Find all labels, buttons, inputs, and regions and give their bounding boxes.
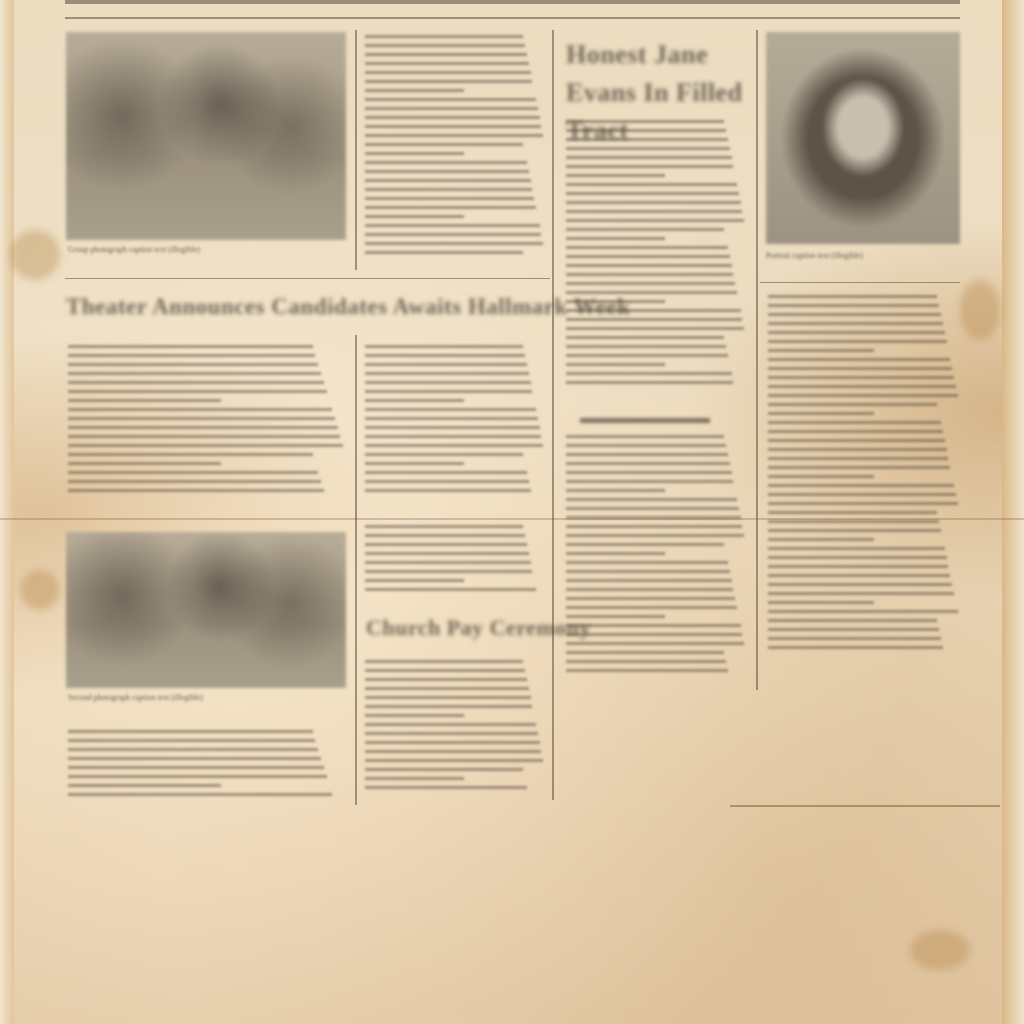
- text-line: [365, 723, 536, 726]
- text-line: [365, 170, 529, 173]
- text-line: [768, 358, 950, 361]
- text-line: [768, 601, 874, 604]
- text-line: [566, 516, 741, 519]
- text-line: [365, 687, 529, 690]
- text-line: [68, 766, 324, 769]
- text-line: [768, 376, 954, 379]
- text-line: [768, 322, 943, 325]
- text-line: [68, 793, 332, 796]
- text-line: [566, 237, 665, 240]
- text-line: [768, 421, 941, 424]
- text-line: [365, 525, 523, 528]
- text-line: [566, 660, 726, 663]
- text-line: [365, 224, 540, 227]
- text-line: [768, 466, 950, 469]
- text-line: [68, 426, 338, 429]
- text-line: [566, 363, 665, 366]
- text-line: [365, 678, 527, 681]
- text-line: [365, 381, 531, 384]
- text-line: [566, 291, 737, 294]
- text-line: [68, 784, 221, 787]
- article-body-text: [566, 435, 746, 678]
- article-body-text: [566, 120, 746, 390]
- text-line: [768, 646, 943, 649]
- text-line: [68, 730, 313, 733]
- text-line: [768, 529, 941, 532]
- paper-left-edge: [0, 0, 14, 1024]
- text-line: [365, 759, 543, 762]
- text-line: [768, 628, 939, 631]
- text-line: [768, 565, 948, 568]
- article-body-text: [68, 345, 346, 498]
- column-rule: [355, 30, 357, 270]
- text-line: [566, 615, 665, 618]
- stain: [20, 570, 60, 610]
- text-line: [768, 313, 941, 316]
- text-line: [365, 408, 536, 411]
- text-line: [768, 475, 874, 478]
- text-line: [365, 152, 464, 155]
- text-line: [768, 367, 952, 370]
- text-line: [768, 385, 956, 388]
- text-line: [68, 480, 321, 483]
- text-line: [566, 624, 741, 627]
- text-line: [365, 732, 538, 735]
- text-line: [566, 246, 728, 249]
- text-line: [365, 233, 541, 236]
- text-line: [768, 574, 950, 577]
- text-line: [768, 619, 937, 622]
- text-line: [566, 273, 733, 276]
- text-line: [566, 345, 726, 348]
- text-line: [566, 318, 742, 321]
- text-line: [365, 777, 464, 780]
- text-line: [566, 642, 744, 645]
- text-line: [768, 511, 937, 514]
- text-line: [365, 44, 525, 47]
- text-line: [566, 552, 665, 555]
- text-line: [68, 363, 318, 366]
- text-line: [566, 435, 724, 438]
- section-rule: [760, 282, 960, 283]
- text-line: [768, 592, 954, 595]
- portrait-caption: Portrait caption text (illegible): [766, 250, 960, 261]
- text-line: [566, 255, 730, 258]
- text-line: [365, 552, 529, 555]
- masthead-rule: [65, 0, 960, 4]
- text-line: [365, 714, 464, 717]
- text-line: [68, 381, 324, 384]
- text-line: [566, 606, 737, 609]
- text-line: [566, 264, 732, 267]
- text-line: [566, 201, 741, 204]
- text-line: [365, 579, 464, 582]
- text-line: [566, 381, 733, 384]
- text-line: [68, 471, 318, 474]
- text-line: [566, 561, 728, 564]
- text-line: [365, 363, 527, 366]
- text-line: [365, 453, 523, 456]
- group-photo-caption: Group photograph caption text (illegible…: [68, 244, 348, 255]
- text-line: [566, 507, 739, 510]
- text-line: [768, 394, 958, 397]
- text-line: [365, 570, 532, 573]
- text-line: [768, 430, 943, 433]
- text-line: [566, 597, 735, 600]
- text-line: [768, 403, 937, 406]
- second-photo-caption: Second photograph caption text (illegibl…: [68, 692, 348, 703]
- text-line: [365, 197, 534, 200]
- text-line: [365, 588, 536, 591]
- article-body-text: [768, 295, 960, 655]
- text-line: [365, 354, 525, 357]
- text-line: [768, 538, 874, 541]
- text-line: [566, 372, 732, 375]
- article-body-text: [365, 660, 545, 795]
- text-line: [566, 192, 739, 195]
- text-line: [566, 588, 733, 591]
- text-line: [365, 35, 523, 38]
- text-line: [365, 660, 523, 663]
- text-line: [566, 579, 732, 582]
- column-rule: [552, 30, 554, 800]
- text-line: [566, 174, 665, 177]
- text-line: [566, 147, 730, 150]
- text-line: [768, 295, 937, 298]
- text-line: [365, 71, 531, 74]
- text-line: [566, 471, 732, 474]
- text-line: [68, 345, 313, 348]
- text-line: [68, 757, 321, 760]
- text-line: [365, 543, 527, 546]
- text-line: [365, 426, 540, 429]
- text-line: [365, 534, 525, 537]
- text-line: [365, 98, 536, 101]
- text-line: [365, 471, 527, 474]
- text-line: [365, 768, 523, 771]
- text-line: [365, 161, 527, 164]
- text-line: [566, 534, 744, 537]
- text-line: [68, 435, 340, 438]
- text-line: [566, 453, 728, 456]
- text-line: [68, 399, 221, 402]
- text-line: [768, 583, 952, 586]
- text-line: [365, 372, 529, 375]
- text-line: [566, 633, 742, 636]
- text-line: [365, 561, 531, 564]
- text-line: [365, 215, 464, 218]
- masthead-rule: [65, 17, 960, 19]
- text-line: [365, 80, 532, 83]
- column-rule: [756, 30, 758, 690]
- text-line: [365, 134, 543, 137]
- text-line: [365, 786, 527, 789]
- text-line: [68, 739, 315, 742]
- text-line: [768, 304, 939, 307]
- text-line: [566, 120, 724, 123]
- section-rule: [65, 278, 550, 279]
- text-line: [566, 444, 726, 447]
- text-line: [365, 399, 464, 402]
- text-line: [768, 439, 945, 442]
- text-line: [566, 336, 724, 339]
- text-line: [768, 412, 874, 415]
- text-line: [768, 547, 945, 550]
- tear-line: [730, 805, 1000, 807]
- text-line: [365, 480, 529, 483]
- text-line: [68, 408, 332, 411]
- text-line: [566, 489, 665, 492]
- text-line: [566, 156, 732, 159]
- text-line: [365, 53, 527, 56]
- text-line: [566, 570, 730, 573]
- text-line: [566, 651, 724, 654]
- text-line: [365, 444, 543, 447]
- text-line: [365, 62, 529, 65]
- stain: [960, 280, 1000, 340]
- text-line: [68, 390, 327, 393]
- text-line: [566, 543, 724, 546]
- text-line: [768, 331, 945, 334]
- headline-theater: Theater Announces Candidates Awaits Hall…: [66, 294, 630, 320]
- column-rule: [355, 335, 357, 805]
- text-line: [365, 143, 523, 146]
- article-body-text: [68, 730, 346, 802]
- text-line: [566, 462, 730, 465]
- text-line: [365, 116, 540, 119]
- text-line: [768, 457, 948, 460]
- text-line: [68, 489, 324, 492]
- text-line: [365, 741, 540, 744]
- text-line: [365, 251, 523, 254]
- text-line: [365, 107, 538, 110]
- text-line: [365, 750, 541, 753]
- text-line: [566, 183, 737, 186]
- text-line: [365, 462, 464, 465]
- text-line: [566, 228, 724, 231]
- text-line: [365, 125, 541, 128]
- text-line: [68, 372, 321, 375]
- text-line: [365, 89, 464, 92]
- paper-right-edge: [1002, 0, 1024, 1024]
- text-line: [566, 309, 741, 312]
- text-line: [68, 462, 221, 465]
- text-line: [68, 748, 318, 751]
- text-line: [365, 345, 523, 348]
- stain: [910, 930, 970, 970]
- text-line: [365, 242, 543, 245]
- text-line: [566, 165, 733, 168]
- text-line: [68, 417, 335, 420]
- text-line: [768, 610, 958, 613]
- text-line: [768, 556, 947, 559]
- portrait-photo: [766, 32, 960, 244]
- stain: [10, 230, 60, 280]
- text-line: [768, 340, 947, 343]
- text-line: [768, 448, 947, 451]
- text-line: [768, 502, 958, 505]
- text-line: [768, 637, 941, 640]
- text-line: [365, 390, 532, 393]
- text-line: [566, 669, 728, 672]
- text-line: [68, 775, 327, 778]
- text-line: [68, 444, 343, 447]
- text-line: [365, 417, 538, 420]
- text-line: [566, 219, 744, 222]
- article-divider: [580, 418, 710, 423]
- text-line: [566, 525, 742, 528]
- text-line: [365, 669, 525, 672]
- group-photo: [66, 32, 346, 240]
- text-line: [68, 453, 313, 456]
- text-line: [566, 210, 742, 213]
- text-line: [566, 300, 665, 303]
- text-line: [365, 188, 532, 191]
- text-line: [566, 498, 737, 501]
- second-group-photo: [66, 532, 346, 688]
- text-line: [768, 520, 939, 523]
- article-body-text: [365, 345, 545, 498]
- text-line: [566, 480, 733, 483]
- article-body-text: [365, 35, 545, 260]
- text-line: [365, 489, 531, 492]
- text-line: [566, 282, 735, 285]
- text-line: [365, 179, 531, 182]
- text-line: [566, 138, 728, 141]
- article-body-text: [365, 525, 545, 597]
- text-line: [365, 705, 532, 708]
- text-line: [768, 349, 874, 352]
- text-line: [566, 327, 744, 330]
- text-line: [68, 354, 315, 357]
- text-line: [768, 484, 954, 487]
- headline-church: Church Pay Ceremony: [366, 615, 591, 641]
- text-line: [768, 493, 956, 496]
- text-line: [566, 129, 726, 132]
- text-line: [566, 354, 728, 357]
- text-line: [365, 696, 531, 699]
- text-line: [365, 435, 541, 438]
- text-line: [365, 206, 536, 209]
